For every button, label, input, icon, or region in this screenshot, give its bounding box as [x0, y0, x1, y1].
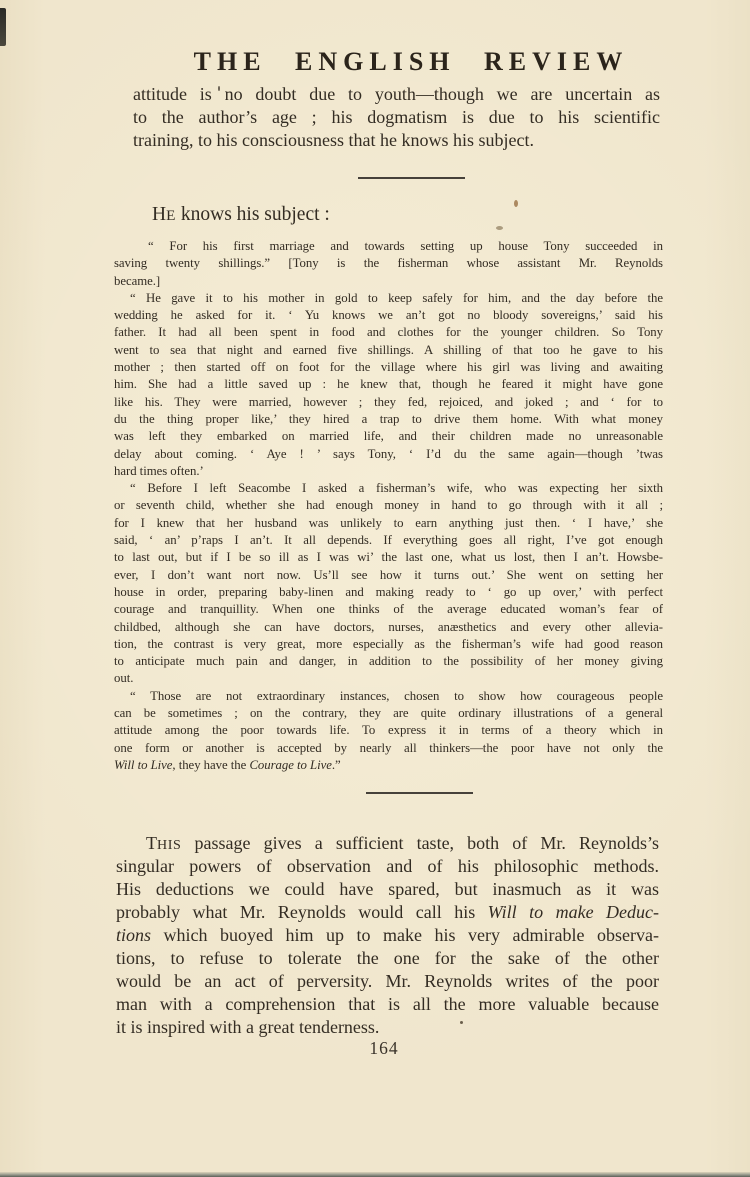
text-segment: T [146, 833, 157, 853]
text-segment: childbed, although she can have doctors,… [114, 620, 663, 634]
text-line: to the author’s age ; his dogmatism is d… [133, 106, 660, 129]
text-segment: saving twenty shillings.” [Tony is the f… [114, 256, 663, 270]
text-line: saving twenty shillings.” [Tony is the f… [114, 255, 663, 272]
text-line: wedding he asked for it. ‘ Yu knows we a… [114, 307, 663, 324]
text-line: “ For his first marriage and towards set… [114, 238, 663, 255]
text-segment: .” [332, 758, 341, 772]
text-line: for I knew that her husband was unlikely… [114, 515, 663, 532]
italic-text-segment: Courage to Live [249, 758, 331, 772]
text-segment: hard times often.’ [114, 464, 204, 478]
text-segment: house in order, preparing baby-linen and… [114, 585, 663, 599]
text-segment: went to sea that night and earned five s… [114, 343, 663, 357]
text-segment: passage gives a sufficient taste, both o… [181, 833, 659, 853]
text-line: tions, to refuse to tolerate the one for… [116, 947, 659, 970]
text-line: singular powers of observation and of hi… [116, 855, 659, 878]
text-line: “ He gave it to his mother in gold to ke… [114, 290, 663, 307]
italic-text-segment: Will to make Deduc- [488, 902, 659, 922]
text-segment: attitude among the poor towards life. To… [114, 723, 663, 737]
scan-edge-bottom [0, 1172, 750, 1177]
text-line: or seventh child, whether she had enough… [114, 497, 663, 514]
intro-paragraph: attitude is no doubt due to youth—though… [133, 83, 660, 152]
text-segment: H [152, 204, 166, 225]
text-segment: to the author’s age ; his dogmatism is d… [133, 107, 660, 127]
text-segment: out. [114, 671, 133, 685]
text-segment: can be sometimes ; on the contrary, they… [114, 706, 663, 720]
scan-artifact-top-left [0, 8, 6, 46]
text-line: childbed, although she can have doctors,… [114, 619, 663, 636]
text-line: man with a comprehension that is all the… [116, 993, 659, 1016]
text-segment: tion, the contrast is very great, more e… [114, 637, 663, 651]
text-line: du the thing proper like,’ they hired a … [114, 411, 663, 428]
text-line: His deductions we could have spared, but… [116, 878, 659, 901]
text-segment: “ He gave it to his mother in gold to ke… [130, 291, 663, 305]
text-line: probably what Mr. Reynolds would call hi… [116, 901, 659, 924]
text-segment: wedding he asked for it. ‘ Yu knows we a… [114, 308, 663, 322]
text-segment: “ Before I left Seacombe I asked a fishe… [130, 481, 663, 495]
text-segment: attitude is no doubt due to youth—though… [133, 84, 660, 104]
quote-block: “ For his first marriage and towards set… [114, 238, 663, 774]
text-segment: man with a comprehension that is all the… [116, 994, 659, 1014]
closing-paragraph: THIS passage gives a sufficient taste, b… [116, 832, 659, 1039]
page-number: 164 [0, 1038, 750, 1059]
text-segment: His deductions we could have spared, but… [116, 879, 659, 899]
text-line: THIS passage gives a sufficient taste, b… [116, 832, 659, 855]
section-divider-bottom [366, 792, 473, 794]
text-segment: to anticipate much pain and danger, in a… [114, 654, 663, 668]
text-line: can be sometimes ; on the contrary, they… [114, 705, 663, 722]
text-line: attitude is no doubt due to youth—though… [133, 83, 660, 106]
text-segment: delay about coming. ‘ Aye ! ’ says Tony,… [114, 447, 663, 461]
text-line: “ Before I left Seacombe I asked a fishe… [114, 480, 663, 497]
italic-text-segment: Will to Live [114, 758, 172, 772]
text-segment: to last out, but if I be so ill as I was… [114, 550, 663, 564]
text-segment: du the thing proper like,’ they hired a … [114, 412, 663, 426]
text-line: HE knows his subject : [152, 203, 652, 227]
text-line: tion, the contrast is very great, more e… [114, 636, 663, 653]
text-segment: probably what Mr. Reynolds would call hi… [116, 902, 488, 922]
section-heading: HE knows his subject : [152, 203, 652, 227]
text-segment: mother ; then started off on foot for th… [114, 360, 663, 374]
text-segment: or seventh child, whether she had enough… [114, 498, 663, 512]
text-segment: like his. They were married, however ; t… [114, 395, 663, 409]
text-segment: singular powers of observation and of hi… [116, 856, 659, 876]
text-line: like his. They were married, however ; t… [114, 394, 663, 411]
text-segment: , they have the [172, 758, 249, 772]
text-line: him. She had a little saved up : he knew… [114, 376, 663, 393]
text-segment: him. She had a little saved up : he knew… [114, 377, 663, 391]
text-line: courage and tranquillity. When one think… [114, 601, 663, 618]
smallcaps-text-segment: HIS [157, 837, 181, 853]
text-line: tions which buoyed him up to make his ve… [116, 924, 659, 947]
text-line: would be an act of perversity. Mr. Reyno… [116, 970, 659, 993]
italic-text-segment: tions [116, 925, 151, 945]
text-segment: for I knew that her husband was unlikely… [114, 516, 663, 530]
page-title: THE ENGLISH REVIEW [0, 47, 750, 77]
text-segment: “ Those are not extraordinary instances,… [130, 689, 663, 703]
text-segment: training, to his consciousness that he k… [133, 130, 534, 150]
text-line: to last out, but if I be so ill as I was… [114, 549, 663, 566]
text-segment: was left they embarked on married life, … [114, 429, 663, 443]
text-line: father. It had all been spent in food an… [114, 324, 663, 341]
text-line: was left they embarked on married life, … [114, 428, 663, 445]
text-segment: courage and tranquillity. When one think… [114, 602, 663, 616]
text-line: “ Those are not extraordinary instances,… [114, 688, 663, 705]
text-line: delay about coming. ‘ Aye ! ’ says Tony,… [114, 446, 663, 463]
text-segment: would be an act of perversity. Mr. Reyno… [116, 971, 659, 991]
text-segment: “ For his first marriage and towards set… [148, 239, 663, 253]
text-line: hard times often.’ [114, 463, 663, 480]
text-segment: it is inspired with a great tenderness. [116, 1017, 379, 1037]
text-segment: ever, I don’t want nort now. Us’ll see h… [114, 568, 663, 582]
text-line: Will to Live, they have the Courage to L… [114, 757, 663, 774]
text-line: became.] [114, 273, 663, 290]
text-line: mother ; then started off on foot for th… [114, 359, 663, 376]
text-segment: tions, to refuse to tolerate the one for… [116, 948, 659, 968]
text-line: said, ‘ an’ p’raps I an’t. It all depend… [114, 532, 663, 549]
smallcaps-text-segment: E [166, 207, 176, 224]
section-divider-top [358, 177, 465, 179]
text-line: out. [114, 670, 663, 687]
text-segment: became.] [114, 274, 160, 288]
text-line: one form or another is accepted by nearl… [114, 740, 663, 757]
text-segment: said, ‘ an’ p’raps I an’t. It all depend… [114, 533, 663, 547]
text-line: ever, I don’t want nort now. Us’ll see h… [114, 567, 663, 584]
text-line: training, to his consciousness that he k… [133, 129, 660, 152]
text-line: it is inspired with a great tenderness. [116, 1016, 659, 1039]
text-line: went to sea that night and earned five s… [114, 342, 663, 359]
text-line: to anticipate much pain and danger, in a… [114, 653, 663, 670]
text-segment: father. It had all been spent in food an… [114, 325, 663, 339]
text-segment: knows his subject : [176, 204, 330, 225]
text-segment: which buoyed him up to make his very adm… [151, 925, 659, 945]
text-segment: one form or another is accepted by nearl… [114, 741, 663, 755]
text-line: house in order, preparing baby-linen and… [114, 584, 663, 601]
text-line: attitude among the poor towards life. To… [114, 722, 663, 739]
